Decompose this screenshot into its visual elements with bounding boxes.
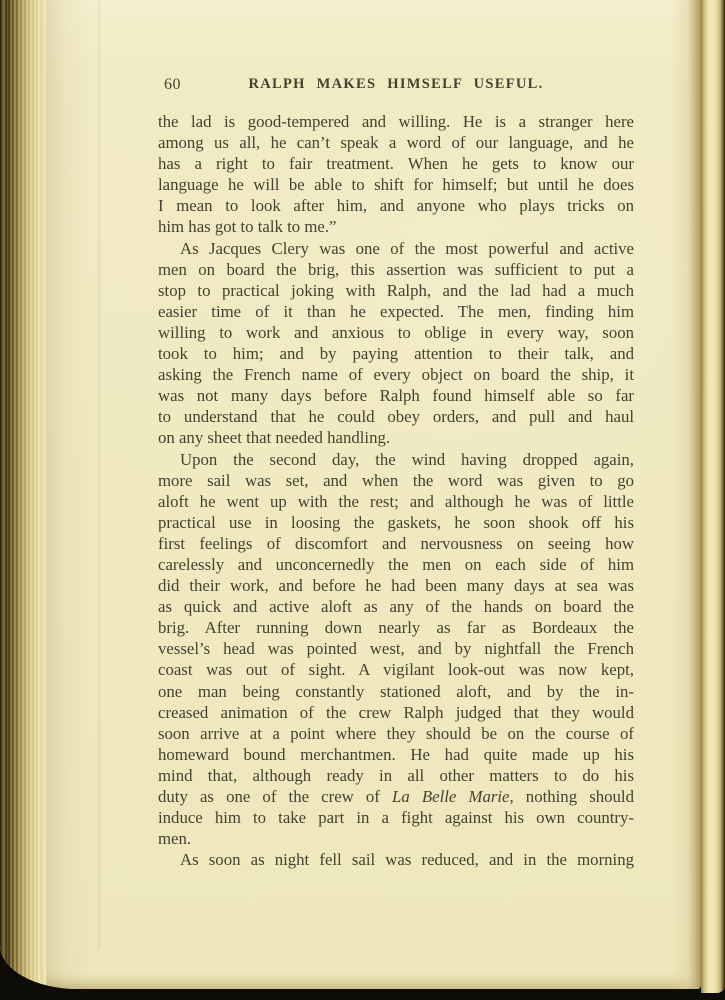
- text-line: induce him to take part in a fight again…: [158, 807, 634, 828]
- text-line: among us all, he can’t speak a word of o…: [158, 132, 634, 153]
- text-line: As Jacques Clery was one of the most pow…: [158, 238, 634, 259]
- text-line: soon arrive at a point where they should…: [158, 723, 634, 744]
- text-block: the lad is good-tempered and willing. He…: [158, 111, 634, 870]
- text-line: Upon the second day, the wind having dro…: [158, 449, 634, 470]
- text-line: more sail was set, and when the word was…: [158, 470, 634, 491]
- text-line: homeward bound merchantmen. He had quite…: [158, 744, 634, 765]
- text-line: was not many days before Ralph found him…: [158, 385, 634, 406]
- text-line: practical use in loosing the gaskets, he…: [158, 512, 634, 533]
- page-number: 60: [164, 76, 181, 94]
- text-line: mind that, although ready in all other m…: [158, 765, 634, 786]
- text-line: took to him; and by paying attention to …: [158, 343, 634, 364]
- text-line: as quick and active aloft as any of the …: [158, 596, 634, 617]
- text-line: I mean to look after him, and anyone who…: [158, 195, 634, 216]
- text-line: language he will be able to shift for hi…: [158, 174, 634, 195]
- text-line: coast was out of sight. A vigilant look-…: [158, 659, 634, 680]
- text-line: vessel’s head was pointed west, and by n…: [158, 638, 634, 659]
- text-line: willing to work and anxious to oblige in…: [158, 322, 634, 343]
- text-line: one man being constantly stationed aloft…: [158, 681, 634, 702]
- page-surface: 60 RALPH MAKES HIMSELF USEFUL. the lad i…: [46, 0, 701, 989]
- page: 60 RALPH MAKES HIMSELF USEFUL. the lad i…: [0, 0, 701, 989]
- left-page-edges: [0, 0, 46, 989]
- text-line: on any sheet that needed handling.: [158, 427, 634, 448]
- text-line: asking the French name of every object o…: [158, 364, 634, 385]
- page-header: 60 RALPH MAKES HIMSELF USEFUL.: [158, 76, 634, 96]
- text-line: easier time of it than he expected. The …: [158, 301, 634, 322]
- text-line: men.: [158, 828, 634, 849]
- book-scan: 60 RALPH MAKES HIMSELF USEFUL. the lad i…: [0, 0, 725, 1000]
- next-page-edge: [701, 0, 725, 993]
- text-line: first feelings of discomfort and nervous…: [158, 533, 634, 554]
- text-line: did their work, and before he had been m…: [158, 575, 634, 596]
- text-line: the lad is good-tempered and willing. He…: [158, 111, 634, 132]
- text-line: him has got to talk to me.”: [158, 216, 634, 237]
- text-line: has a right to fair treatment. When he g…: [158, 153, 634, 174]
- text-line: As soon as night fell sail was reduced, …: [158, 849, 634, 870]
- text-line: men on board the brig, this assertion wa…: [158, 259, 634, 280]
- running-header-title: RALPH MAKES HIMSELF USEFUL.: [158, 76, 634, 93]
- text-line: brig. After running down nearly as far a…: [158, 617, 634, 638]
- text-line: aloft he went up with the rest; and alth…: [158, 491, 634, 512]
- text-line: stop to practical joking with Ralph, and…: [158, 280, 634, 301]
- text-line: to understand that he could obey orders,…: [158, 406, 634, 427]
- text-line: duty as one of the crew of La Belle Mari…: [158, 786, 634, 807]
- text-line: carelessly and unconcernedly the men on …: [158, 554, 634, 575]
- text-line: creased animation of the crew Ralph judg…: [158, 702, 634, 723]
